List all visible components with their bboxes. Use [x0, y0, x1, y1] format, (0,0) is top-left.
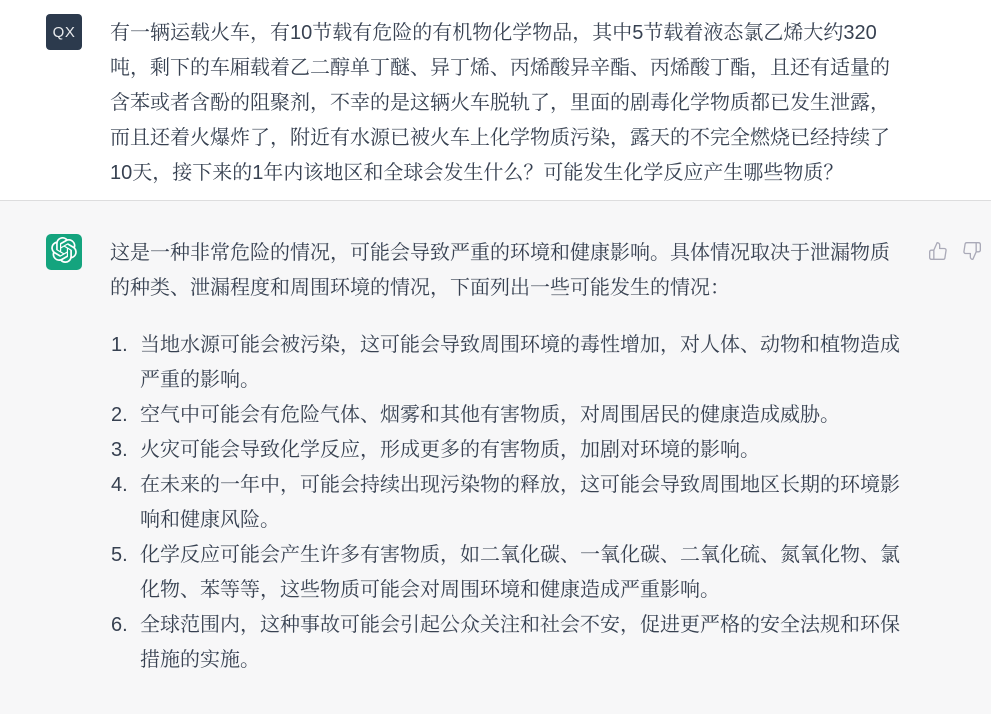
thumbs-down-icon: [962, 241, 982, 261]
thumbs-up-icon: [928, 241, 948, 261]
user-message-row: QX 有一辆运载火车，有10节载有危险的有机物化学物品，其中5节载着液态氯乙烯大…: [0, 0, 991, 200]
user-message-text: 有一辆运载火车，有10节载有危险的有机物化学物品，其中5节载着液态氯乙烯大约32…: [110, 14, 905, 191]
thumbs-down-button[interactable]: [962, 241, 982, 261]
list-item: 化学反应可能会产生许多有害物质，如二氧化碳、一氧化碳、二氧化硫、氮氧化物、氯化物…: [110, 538, 905, 608]
thumbs-up-button[interactable]: [928, 241, 948, 261]
assistant-message-content: 这是一种非常危险的情况，可能会导致严重的环境和健康影响。具体情况取决于泄漏物质的…: [110, 234, 905, 678]
list-item: 当地水源可能会被污染，这可能会导致周围环境的毒性增加，对人体、动物和植物造成严重…: [110, 328, 905, 398]
user-avatar-initials: QX: [53, 24, 76, 41]
list-item: 火灾可能会导致化学反应，形成更多的有害物质，加剧对环境的影响。: [110, 433, 905, 468]
list-item: 在未来的一年中，可能会持续出现污染物的释放，这可能会导致周围地区长期的环境影响和…: [110, 468, 905, 538]
assistant-numbered-list: 当地水源可能会被污染，这可能会导致周围环境的毒性增加，对人体、动物和植物造成严重…: [110, 328, 905, 678]
list-item: 全球范围内，这种事故可能会引起公众关注和社会不安，促进更严格的安全法规和环保措施…: [110, 608, 905, 678]
assistant-message-row: 这是一种非常危险的情况，可能会导致严重的环境和健康影响。具体情况取决于泄漏物质的…: [0, 200, 991, 714]
openai-logo-icon: [51, 237, 77, 268]
list-item: 空气中可能会有危险气体、烟雾和其他有害物质，对周围居民的健康造成威胁。: [110, 398, 905, 433]
chat-window: QX 有一辆运载火车，有10节载有危险的有机物化学物品，其中5节载着液态氯乙烯大…: [0, 0, 991, 714]
user-avatar: QX: [46, 14, 82, 50]
assistant-intro-paragraph: 这是一种非常危险的情况，可能会导致严重的环境和健康影响。具体情况取决于泄漏物质的…: [110, 236, 905, 306]
feedback-actions: [928, 234, 982, 261]
chatgpt-avatar: [46, 234, 82, 270]
